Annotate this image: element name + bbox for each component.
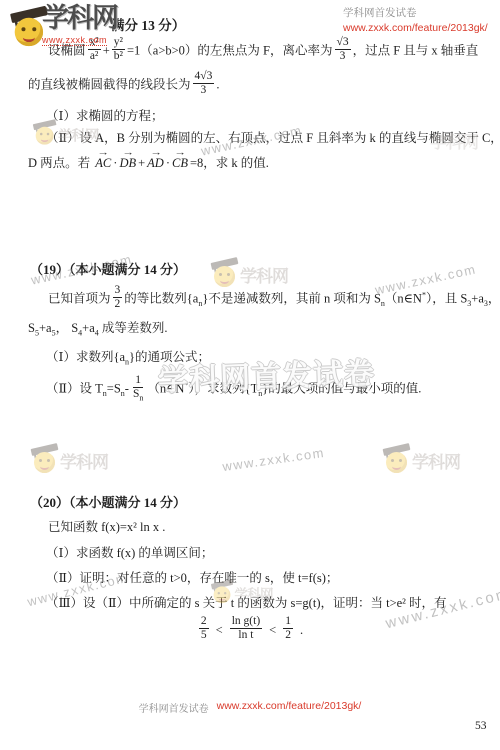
q20-part2: （Ⅱ）证明：对任意的 t>0，存在唯一的 s，使 t=f(s)；	[46, 570, 338, 587]
header-right: 学科网首发试卷 www.zxxk.com/feature/2013gk/	[343, 6, 488, 36]
q18-heading-partial: 满分 13 分）	[111, 17, 185, 35]
vector-ad: AD	[147, 155, 164, 172]
masthead-logo: 学科网 www.zxxk.com	[12, 5, 117, 46]
fraction: ln g(t)ln t	[230, 615, 262, 642]
brand-url-link[interactable]: www.zxxk.com	[42, 35, 107, 46]
footer-site-title: 学科网首发试卷	[139, 700, 209, 715]
watermark-logo: 学科网	[32, 444, 108, 476]
footer: 学科网首发试卷 www.zxxk.com/feature/2013gk/	[0, 700, 500, 715]
page-number: 53	[475, 720, 487, 732]
q19-line1: 已知首项为32的等比数列{an}不是递减数列，其前 n 项和为 Sn（n∈N*）…	[48, 286, 500, 313]
mascot-cartoon-icon	[12, 7, 47, 50]
q20-line1: 已知函数 f(x)=x² ln x .	[48, 519, 165, 536]
footer-site-url-link[interactable]: www.zxxk.com/feature/2013gk/	[217, 700, 362, 715]
vector-cb: CB	[172, 155, 188, 172]
mascot-cartoon-icon	[384, 444, 410, 476]
q20-part3: （Ⅲ）设（Ⅱ）中所确定的 s 关于 t 的函数为 s=g(t)，证明：当 t>e…	[46, 595, 447, 612]
fraction: 25	[199, 615, 209, 642]
q19-part1: （Ⅰ）求数列{an}的通项公式；	[46, 349, 210, 366]
watermark-url: www.zxxk.com	[221, 445, 325, 474]
q20-part1: （Ⅰ）求函数 f(x) 的单调区间；	[46, 545, 213, 562]
q18-part2-line1: （Ⅱ）设 A，B 分别为椭圆的左、右顶点，过点 F 且斜率为 k 的直线与椭圆交…	[46, 130, 500, 147]
q18-line2: 的直线被椭圆截得的线段长为4√33.	[28, 72, 219, 99]
exam-paper-page: 学科网 www.zxxk.com 满分 13 分） 学科网首发试卷 www.zx…	[0, 0, 500, 750]
q19-part2: （Ⅱ）设 Tn=Sn-1Sn（n∈N*），求数列{Tn}的最大项的值与最小项的值…	[46, 376, 421, 403]
fraction: 12	[283, 615, 293, 642]
header-site-title: 学科网首发试卷	[343, 6, 488, 21]
fraction: 32	[113, 284, 123, 311]
q20-heading: （20）（本小题满分 14 分）	[30, 494, 186, 512]
q19-heading: （19）（本小题满分 14 分）	[30, 261, 186, 279]
brand-title: 学科网	[42, 5, 117, 32]
header-site-url-link[interactable]: www.zxxk.com/feature/2013gk/	[343, 21, 488, 36]
fraction: 4√33	[193, 70, 215, 97]
fraction: 1Sn	[131, 374, 145, 401]
vector-db: DB	[119, 155, 136, 172]
fraction: √33	[335, 36, 351, 63]
mascot-cartoon-icon	[32, 444, 58, 476]
watermark-logo: 学科网	[384, 444, 460, 476]
q19-line2: S5+a5， S4+a4 成等差数列.	[28, 320, 168, 337]
q20-inequality-formula: 25 < ln g(t)ln t < 12 .	[0, 617, 500, 644]
vector-ac: AC	[95, 155, 111, 172]
q18-part2-line2: D 两点。若 AC·DB+AD·CB=8，求 k 的值.	[28, 155, 269, 172]
q18-part1: （Ⅰ）求椭圆的方程；	[46, 108, 163, 125]
